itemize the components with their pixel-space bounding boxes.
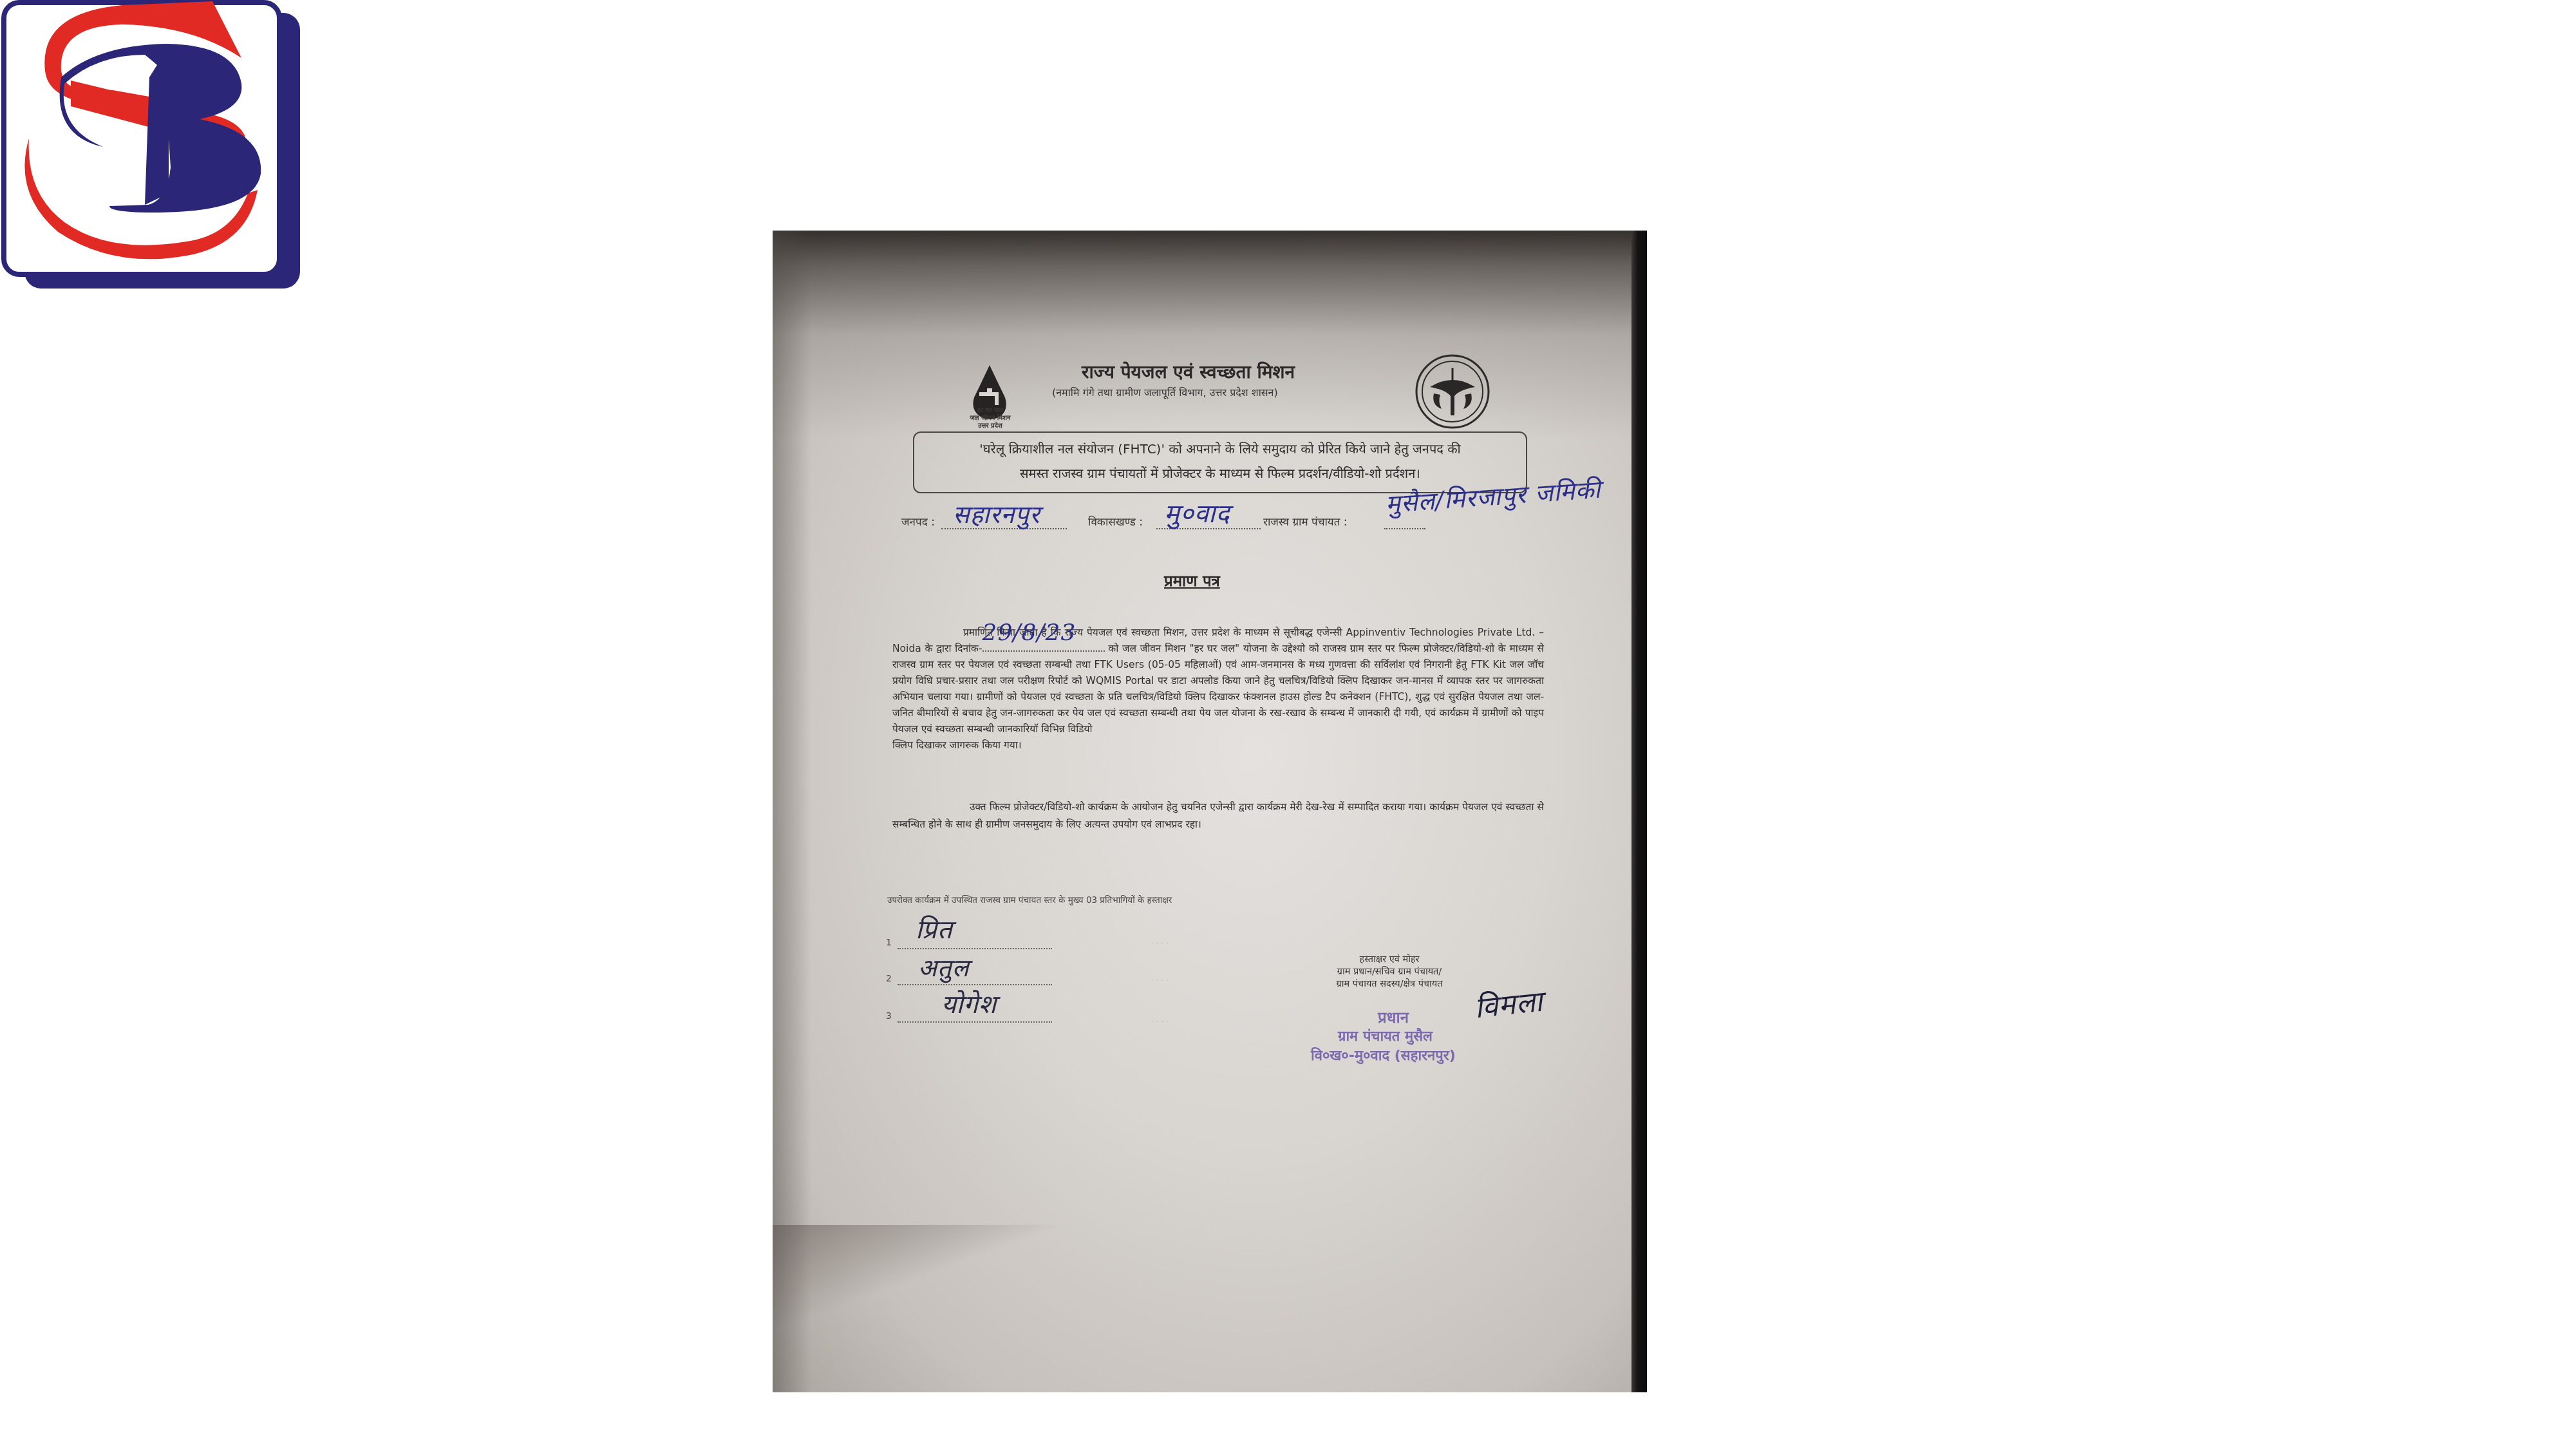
caption-line: हर घर जल xyxy=(955,407,1026,415)
banner-line-2: समस्त राजस्व ग्राम पंचायतों में प्रोजेक्… xyxy=(914,461,1526,486)
stamp-block-district: वि०ख०-मु०वाद (सहारनपुर) xyxy=(1311,1045,1456,1065)
bleedthrough-mark: · · · · xyxy=(1151,1018,1169,1027)
authority-line-3: ग्राम पंचायत सदस्य/क्षेत्र पंचायत xyxy=(1306,978,1473,990)
certificate-document: हर घर जल जल जीवन मिशन उत्तर प्रदेश राज्य… xyxy=(773,231,1647,1392)
bleedthrough-mark: · · · · xyxy=(1151,976,1169,985)
mission-title: राज्य पेयजल एवं स्वच्छता मिशन xyxy=(1082,359,1295,384)
document-photo: हर घर जल जल जीवन मिशन उत्तर प्रदेश राज्य… xyxy=(773,231,1647,1392)
panchayat-label: राजस्व ग्राम पंचायत : xyxy=(1263,514,1348,529)
mission-subtitle: (नमामि गंगे तथा ग्रामीण जलापूर्ति विभाग,… xyxy=(1052,385,1278,399)
district-value: सहारनपुर xyxy=(953,497,1040,531)
body-text-tail: क्लिप दिखाकर जागरुक किया गया। xyxy=(892,739,1022,751)
program-date: 29/8/23 xyxy=(982,625,1076,641)
pradhan-signature: विमला xyxy=(1472,981,1545,1027)
date-field: 29/8/23 xyxy=(982,641,1105,652)
stamp-panchayat: ग्राम पंचायत मुसैल xyxy=(1338,1026,1433,1045)
authority-line-1: हस्ताक्षर एवं मोहर xyxy=(1306,954,1473,966)
participant-number: 2 xyxy=(886,974,892,984)
certificate-title: प्रमाण पत्र xyxy=(1164,570,1220,591)
bleedthrough-mark: · · · · xyxy=(1151,939,1169,948)
certificate-body-paragraph: प्रमाणित किया जाता है कि राज्य पेयजल एवं… xyxy=(892,625,1544,753)
stamp-title: प्रधान xyxy=(1378,1007,1409,1028)
sb-monogram-logo-icon xyxy=(0,0,306,293)
participant-signature: प्रित xyxy=(916,911,953,946)
participant-number: 3 xyxy=(886,1011,892,1021)
authority-line-2: ग्राम प्रधान/सचिव ग्राम पंचायत/ xyxy=(1306,966,1473,978)
participant-signature: योगेश xyxy=(941,985,997,1021)
block-label: विकासखण्ड : xyxy=(1088,514,1143,529)
uttar-pradesh-state-emblem-icon xyxy=(1415,354,1490,430)
caption-line: उत्तर प्रदेश xyxy=(955,422,1026,430)
jal-jeevan-caption: हर घर जल जल जीवन मिशन उत्तर प्रदेश xyxy=(955,407,1026,430)
participant-number: 1 xyxy=(886,938,892,948)
participant-signature-line xyxy=(898,948,1052,949)
supervision-paragraph: उक्त फिल्म प्रोजेक्टर/विडियो-शो कार्यक्र… xyxy=(892,799,1544,833)
body-text-after-date: को जल जीवन मिशन "हर घर जल" योजना के उद्द… xyxy=(892,643,1544,735)
authority-block: हस्ताक्षर एवं मोहर ग्राम प्रधान/सचिव ग्र… xyxy=(1306,954,1473,990)
supervision-text: उक्त फिल्म प्रोजेक्टर/विडियो-शो कार्यक्र… xyxy=(892,801,1544,830)
participant-signature-line xyxy=(898,1021,1052,1023)
block-value: मु०वाद xyxy=(1164,495,1230,530)
caption-line: जल जीवन मिशन xyxy=(955,415,1026,422)
panchayat-dotline xyxy=(1384,528,1425,529)
participants-heading: उपरोक्त कार्यक्रम में उपस्थित राजस्व ग्र… xyxy=(887,895,1248,907)
banner-line-1: 'घरेलू क्रियाशील नल संयोजन (FHTC)' को अप… xyxy=(914,437,1526,461)
participant-signature: अतुल xyxy=(918,951,969,984)
district-label: जनपद : xyxy=(901,514,935,529)
